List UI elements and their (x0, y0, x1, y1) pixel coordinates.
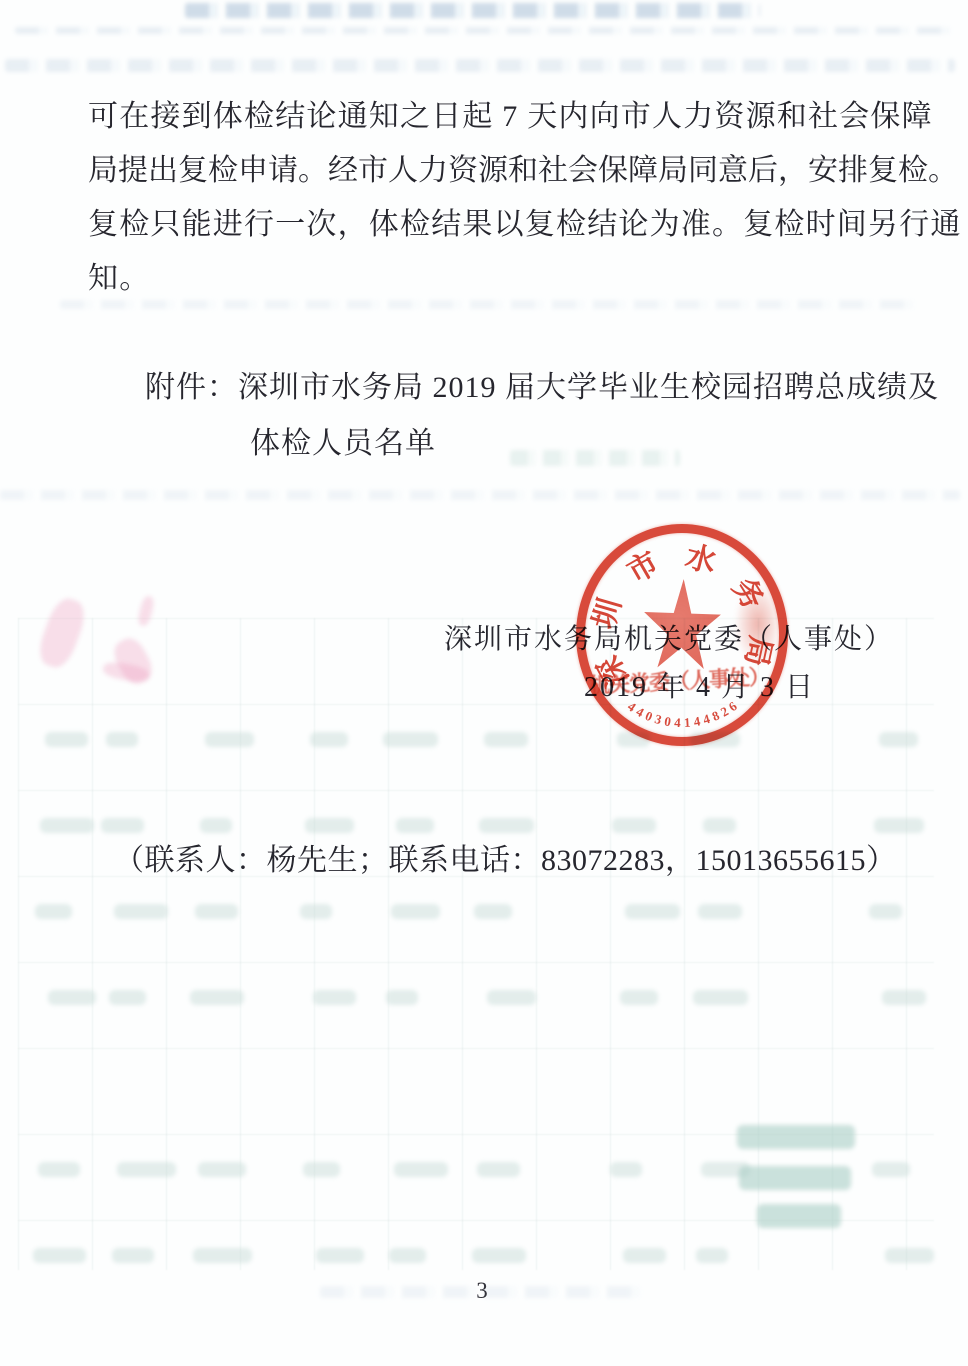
bleedthrough-strip (5, 59, 955, 72)
bleedthrough-text-block (739, 1166, 851, 1190)
contact-info: （联系人：杨先生；联系电话：83072283，15013655615） (114, 835, 897, 879)
bleedthrough-cell-blob (114, 904, 168, 919)
bleedthrough-cell-blob (386, 990, 418, 1005)
scanned-document-page: 可在接到体检结论通知之日起 7 天内向市人力资源和社会保障 局提出复检申请。经市… (0, 0, 968, 1366)
attachment-line-1: 附件：深圳市水务局 2019 届大学毕业生校园招聘总成绩及 (145, 362, 939, 406)
bleedthrough-cell-blob (869, 904, 902, 919)
bleedthrough-cell-blob (612, 818, 656, 833)
bleedthrough-cell-blob (879, 732, 918, 747)
body-text-line: 局提出复检申请。经市人力资源和社会保障局同意后，安排复检。 (88, 154, 958, 188)
bleedthrough-strip (15, 27, 955, 34)
bleedthrough-cell-blob (303, 1162, 340, 1177)
bleedthrough-cell-blob (703, 818, 736, 833)
bleedthrough-cell-blob (48, 990, 96, 1005)
bleedthrough-cell-blob (620, 990, 658, 1005)
bleedthrough-cell-blob (610, 1162, 642, 1177)
bleedthrough-strip (60, 300, 920, 309)
bleedthrough-cell-blob (300, 904, 332, 919)
bleedthrough-cell-blob (305, 818, 354, 833)
bleedthrough-cell-blob (394, 1162, 448, 1177)
pink-ink-smudge (34, 594, 90, 671)
bleedthrough-cell-blob (195, 904, 238, 919)
bleedthrough-cell-blob (487, 990, 536, 1005)
bleedthrough-cell-blob (313, 990, 356, 1005)
bleedthrough-cell-blob (477, 1162, 520, 1177)
bleedthrough-cell-blob (205, 732, 254, 747)
attachment-title: 深圳市水务局 2019 届大学毕业生校园招聘总成绩及 (238, 371, 939, 404)
bleedthrough-cell-blob (623, 1248, 666, 1263)
bleedthrough-cell-blob (690, 732, 740, 747)
bleedthrough-cell-blob (101, 818, 144, 833)
body-text-line: 可在接到体检结论通知之日起 7 天内向市人力资源和社会保障 (88, 100, 933, 134)
bleedthrough-cell-blob (617, 732, 650, 747)
issuing-department: 深圳市水务局机关党委（人事处） (444, 617, 894, 657)
bleedthrough-text-block (757, 1204, 841, 1228)
bleedthrough-cell-blob (33, 1248, 86, 1263)
page-number: 3 (462, 1278, 502, 1304)
bleedthrough-cell-blob (35, 904, 72, 919)
bleedthrough-cell-blob (696, 1248, 728, 1263)
bleedthrough-cell-blob (383, 732, 438, 747)
bleedthrough-cell-blob (310, 732, 348, 747)
bleedthrough-cell-blob (316, 1248, 364, 1263)
bleedthrough-cell-blob (198, 1162, 246, 1177)
issue-date: 2019 年 4 月 3 日 (584, 665, 815, 705)
bleedthrough-cell-blob (200, 818, 232, 833)
bleedthrough-cell-blob (625, 904, 680, 919)
pink-ink-smudge (137, 595, 156, 627)
bleedthrough-cell-blob (874, 818, 924, 833)
bleedthrough-cell-blob (391, 904, 440, 919)
bleedthrough-cell-blob (693, 990, 748, 1005)
bleedthrough-text-block (737, 1125, 855, 1149)
bleedthrough-cell-blob (38, 1162, 80, 1177)
bleedthrough-cell-blob (112, 1248, 154, 1263)
body-text-line: 复检只能进行一次，体检结果以复检结论为准。复检时间另行通 (88, 208, 962, 242)
bleedthrough-cell-blob (479, 818, 534, 833)
bleedthrough-cell-blob (484, 732, 528, 747)
bleedthrough-cell-blob (193, 1248, 252, 1263)
bleedthrough-cell-blob (885, 1248, 934, 1263)
bleedthrough-cell-blob (106, 732, 138, 747)
bleedthrough-cell-blob (472, 1248, 526, 1263)
bleedthrough-cell-blob (40, 818, 94, 833)
attachment-line-2: 体检人员名单 (250, 418, 436, 462)
bleedthrough-strip (0, 490, 960, 500)
bleedthrough-cell-blob (190, 990, 244, 1005)
body-text-line: 知。 (88, 262, 150, 296)
attachment-label: 附件： (145, 371, 238, 404)
bleedthrough-cell-blob (45, 732, 88, 747)
bleedthrough-strip (510, 450, 680, 466)
bleedthrough-cell-blob (882, 990, 926, 1005)
bleedthrough-cell-blob (117, 1162, 176, 1177)
bleedthrough-cell-blob (109, 990, 146, 1005)
bleedthrough-cell-blob (474, 904, 512, 919)
bleedthrough-cell-blob (396, 818, 434, 833)
bleedthrough-cell-blob (872, 1162, 910, 1177)
bleedthrough-cell-blob (389, 1248, 426, 1263)
bleedthrough-cell-blob (698, 904, 742, 919)
bleedthrough-strip (185, 3, 760, 18)
